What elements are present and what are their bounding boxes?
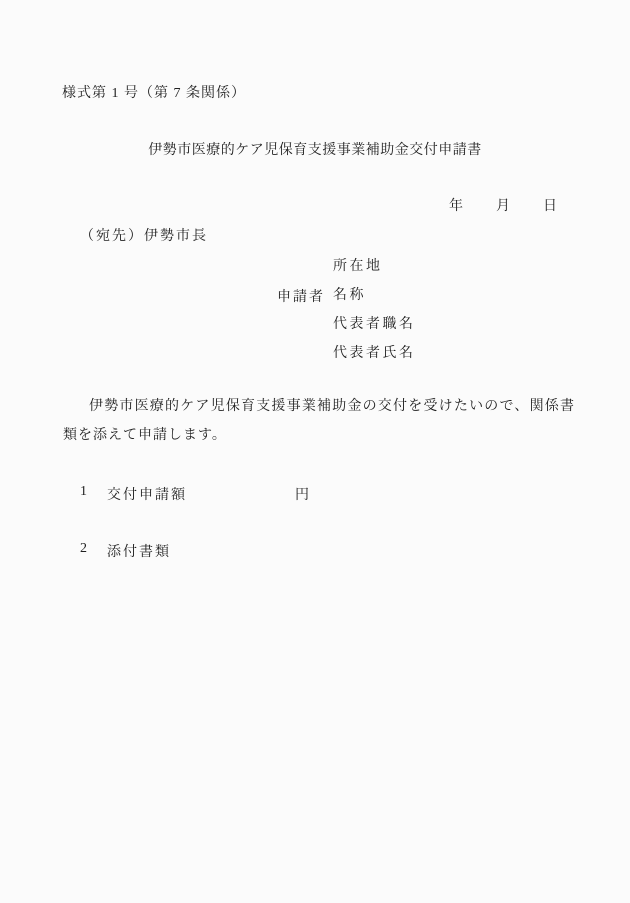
- item-1-number: 1: [80, 484, 87, 500]
- item-row-application-amount: 1 交付申請額 円: [0, 484, 630, 504]
- applicant-fields: 所在地 名称 代表者職名 代表者氏名: [333, 256, 416, 372]
- date-month-label: 月: [496, 200, 510, 214]
- body-paragraph: 伊勢市医療的ケア児保育支援事業補助金の交付を受けたいので、関係書類を添えて申請し…: [63, 392, 575, 450]
- applicant-field-name: 名称: [333, 285, 416, 314]
- recipient-line: （宛先）伊勢市長: [80, 230, 208, 244]
- applicant-field-representative-name: 代表者氏名: [333, 343, 416, 372]
- applicant-field-representative-title: 代表者職名: [333, 314, 416, 343]
- item-1-label: 交付申請額: [107, 484, 187, 504]
- applicant-field-address: 所在地: [333, 256, 416, 285]
- item-1-currency-suffix: 円: [295, 484, 309, 504]
- applicant-label: 申請者: [277, 286, 325, 306]
- document-title: 伊勢市医療的ケア児保育支援事業補助金交付申請書: [0, 144, 630, 158]
- date-line: 年 月 日: [449, 200, 557, 214]
- form-number: 様式第 1 号（第 7 条関係）: [62, 87, 246, 101]
- item-row-attached-documents: 2 添付書類: [0, 541, 630, 561]
- date-day-label: 日: [543, 200, 557, 214]
- document-page: 様式第 1 号（第 7 条関係） 伊勢市医療的ケア児保育支援事業補助金交付申請書…: [0, 0, 630, 903]
- item-2-number: 2: [80, 541, 87, 557]
- item-2-label: 添付書類: [107, 541, 171, 561]
- date-year-label: 年: [449, 200, 463, 214]
